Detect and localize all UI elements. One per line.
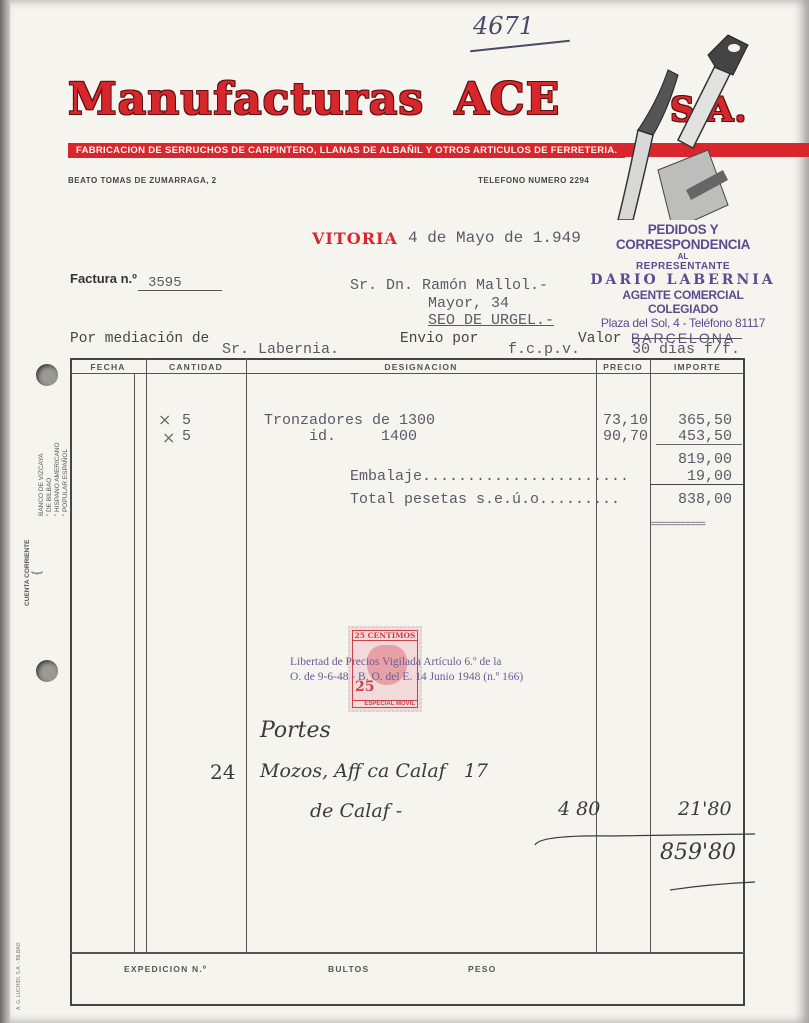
row-quantity: 5 — [182, 428, 191, 445]
recipient-city: SEO DE URGEL.- — [428, 312, 554, 329]
brace-icon: { — [29, 571, 43, 575]
row-amount: 365,50 — [650, 412, 732, 429]
sum-rule — [656, 444, 742, 445]
row-description: id. 1400 — [264, 428, 417, 445]
subtotal-amount: 819,00 — [650, 451, 732, 468]
value-rule — [632, 338, 742, 339]
column-header-designacion: DESIGNACION — [246, 362, 596, 372]
column-header-precio: PRECIO — [596, 362, 650, 372]
company-phone: TELEFONO NUMERO 2294 — [478, 176, 589, 185]
row-amount: 453,50 — [650, 428, 732, 445]
expedition-label: EXPEDICION N.º — [124, 964, 207, 974]
header-rule — [70, 373, 745, 374]
stamp-line: DARIO LABERNIA — [588, 272, 778, 288]
column-header-cantidad: CANTIDAD — [146, 362, 246, 372]
footer-rule — [70, 952, 745, 954]
bank-item: ” DE BILBAO — [46, 442, 54, 516]
notice-line: O. de 9-6-48 - B. O. del E. 14 Junio 194… — [290, 671, 523, 683]
handwritten-underline — [470, 40, 570, 52]
check-mark: × — [162, 428, 175, 447]
stamp-line: AGENTE COMERCIAL COLEGIADO — [588, 288, 778, 316]
company-tagline: FABRICACION DE SERRUCHOS DE CARPINTERO, … — [68, 143, 625, 158]
total-amount: 838,00 — [650, 491, 732, 508]
row-price: 90,70 — [596, 428, 648, 445]
stamp-line: AL — [588, 252, 778, 261]
column-divider — [146, 358, 147, 953]
mediation-value: Sr. Labernia. — [222, 341, 339, 358]
stamp-line: PEDIDOS Y CORRESPONDENCIA — [588, 222, 778, 252]
column-header-importe: IMPORTE — [650, 362, 745, 372]
shipping-value: f.c.p.v. — [508, 341, 580, 358]
stamp-line: Plaza del Sol, 4 - Teléfono 81117 — [588, 316, 778, 330]
mediation-label: Por mediación de — [70, 331, 209, 347]
punch-hole — [36, 364, 58, 386]
shipping-label: Envio por — [400, 331, 478, 347]
recipient-street: Mayor, 34 — [428, 295, 509, 312]
printer-credit: A. G. LUCHIDI, S.A. - BILBAO — [16, 942, 22, 1010]
handwritten-price: 4 80 — [558, 798, 600, 820]
double-rule: =========== — [650, 520, 745, 531]
weight-label: PESO — [468, 964, 496, 974]
invoice-number-underline — [138, 290, 222, 291]
company-address: BEATO TOMAS DE ZUMARRAGA, 2 — [68, 176, 217, 185]
handwritten-grand-total: 859'80 — [660, 840, 736, 865]
recipient-name: Sr. Dn. Ramón Mallol.- — [350, 277, 548, 294]
column-divider — [246, 358, 247, 953]
row-price: 73,10 — [596, 412, 648, 429]
bank-item: BANCO DE VIZCAYA — [38, 442, 46, 516]
invoice-number-label: Factura n.º — [70, 271, 137, 286]
company-name-text: Manufacturas — [68, 74, 424, 125]
value-terms: 30 dias f/f. — [632, 341, 740, 358]
handwritten-line: Mozos, Aff ca Calaf 17 — [260, 760, 488, 782]
notice-line: Libertad de Precios Vigilada Artículo 6.… — [290, 656, 523, 668]
invoice-date: 4 de Mayo de 1.949 — [408, 229, 581, 247]
handwritten-heading: Portes — [260, 718, 331, 743]
tax-stamp-top: 25 CENTIMOS — [353, 631, 417, 641]
punch-hole — [36, 660, 58, 682]
handwritten-amount: 21'80 — [678, 798, 732, 820]
row-description: Tronzadores de 1300 — [264, 412, 435, 429]
saw-trowel-illustration-icon — [598, 30, 758, 220]
packages-label: BULTOS — [328, 964, 369, 974]
value-label: Valor — [578, 331, 622, 347]
check-mark: × — [158, 410, 171, 429]
invoice-number: 3595 — [148, 275, 182, 291]
bank-list: BANCO DE VIZCAYA ” DE BILBAO ” HISPANO A… — [38, 442, 70, 516]
column-divider — [134, 373, 135, 953]
invoice-page: 4671 Manufacturas ACE S.A. FABRICACION D… — [10, 0, 809, 1023]
price-control-notice: Libertad de Precios Vigilada Artículo 6.… — [290, 656, 523, 683]
packing-label: Embalaje....................... — [350, 468, 629, 485]
total-rule — [650, 484, 745, 485]
representative-stamp: PEDIDOS Y CORRESPONDENCIA AL REPRESENTAN… — [588, 222, 778, 346]
bank-item: ” HISPANO AMERICANO — [54, 442, 62, 516]
column-header-fecha: FECHA — [70, 362, 146, 372]
handwritten-line: de Calaf - — [310, 800, 402, 822]
handwritten-date: 24 — [210, 760, 235, 784]
tax-stamp-bottom: ESPECIAL MOVIL — [353, 700, 417, 707]
company-name: Manufacturas ACE — [68, 74, 560, 125]
company-initials: ACE — [455, 74, 561, 125]
stamp-line: REPRESENTANTE — [588, 261, 778, 272]
bank-item: ” POPULAR ESPAÑOL — [62, 442, 70, 516]
handwritten-reference: 4671 — [473, 12, 534, 40]
city-label: VITORIA — [312, 229, 398, 248]
total-label: Total pesetas s.e.ú.o......... — [350, 491, 620, 508]
packing-amount: 19,00 — [650, 468, 732, 485]
row-quantity: 5 — [182, 412, 191, 429]
